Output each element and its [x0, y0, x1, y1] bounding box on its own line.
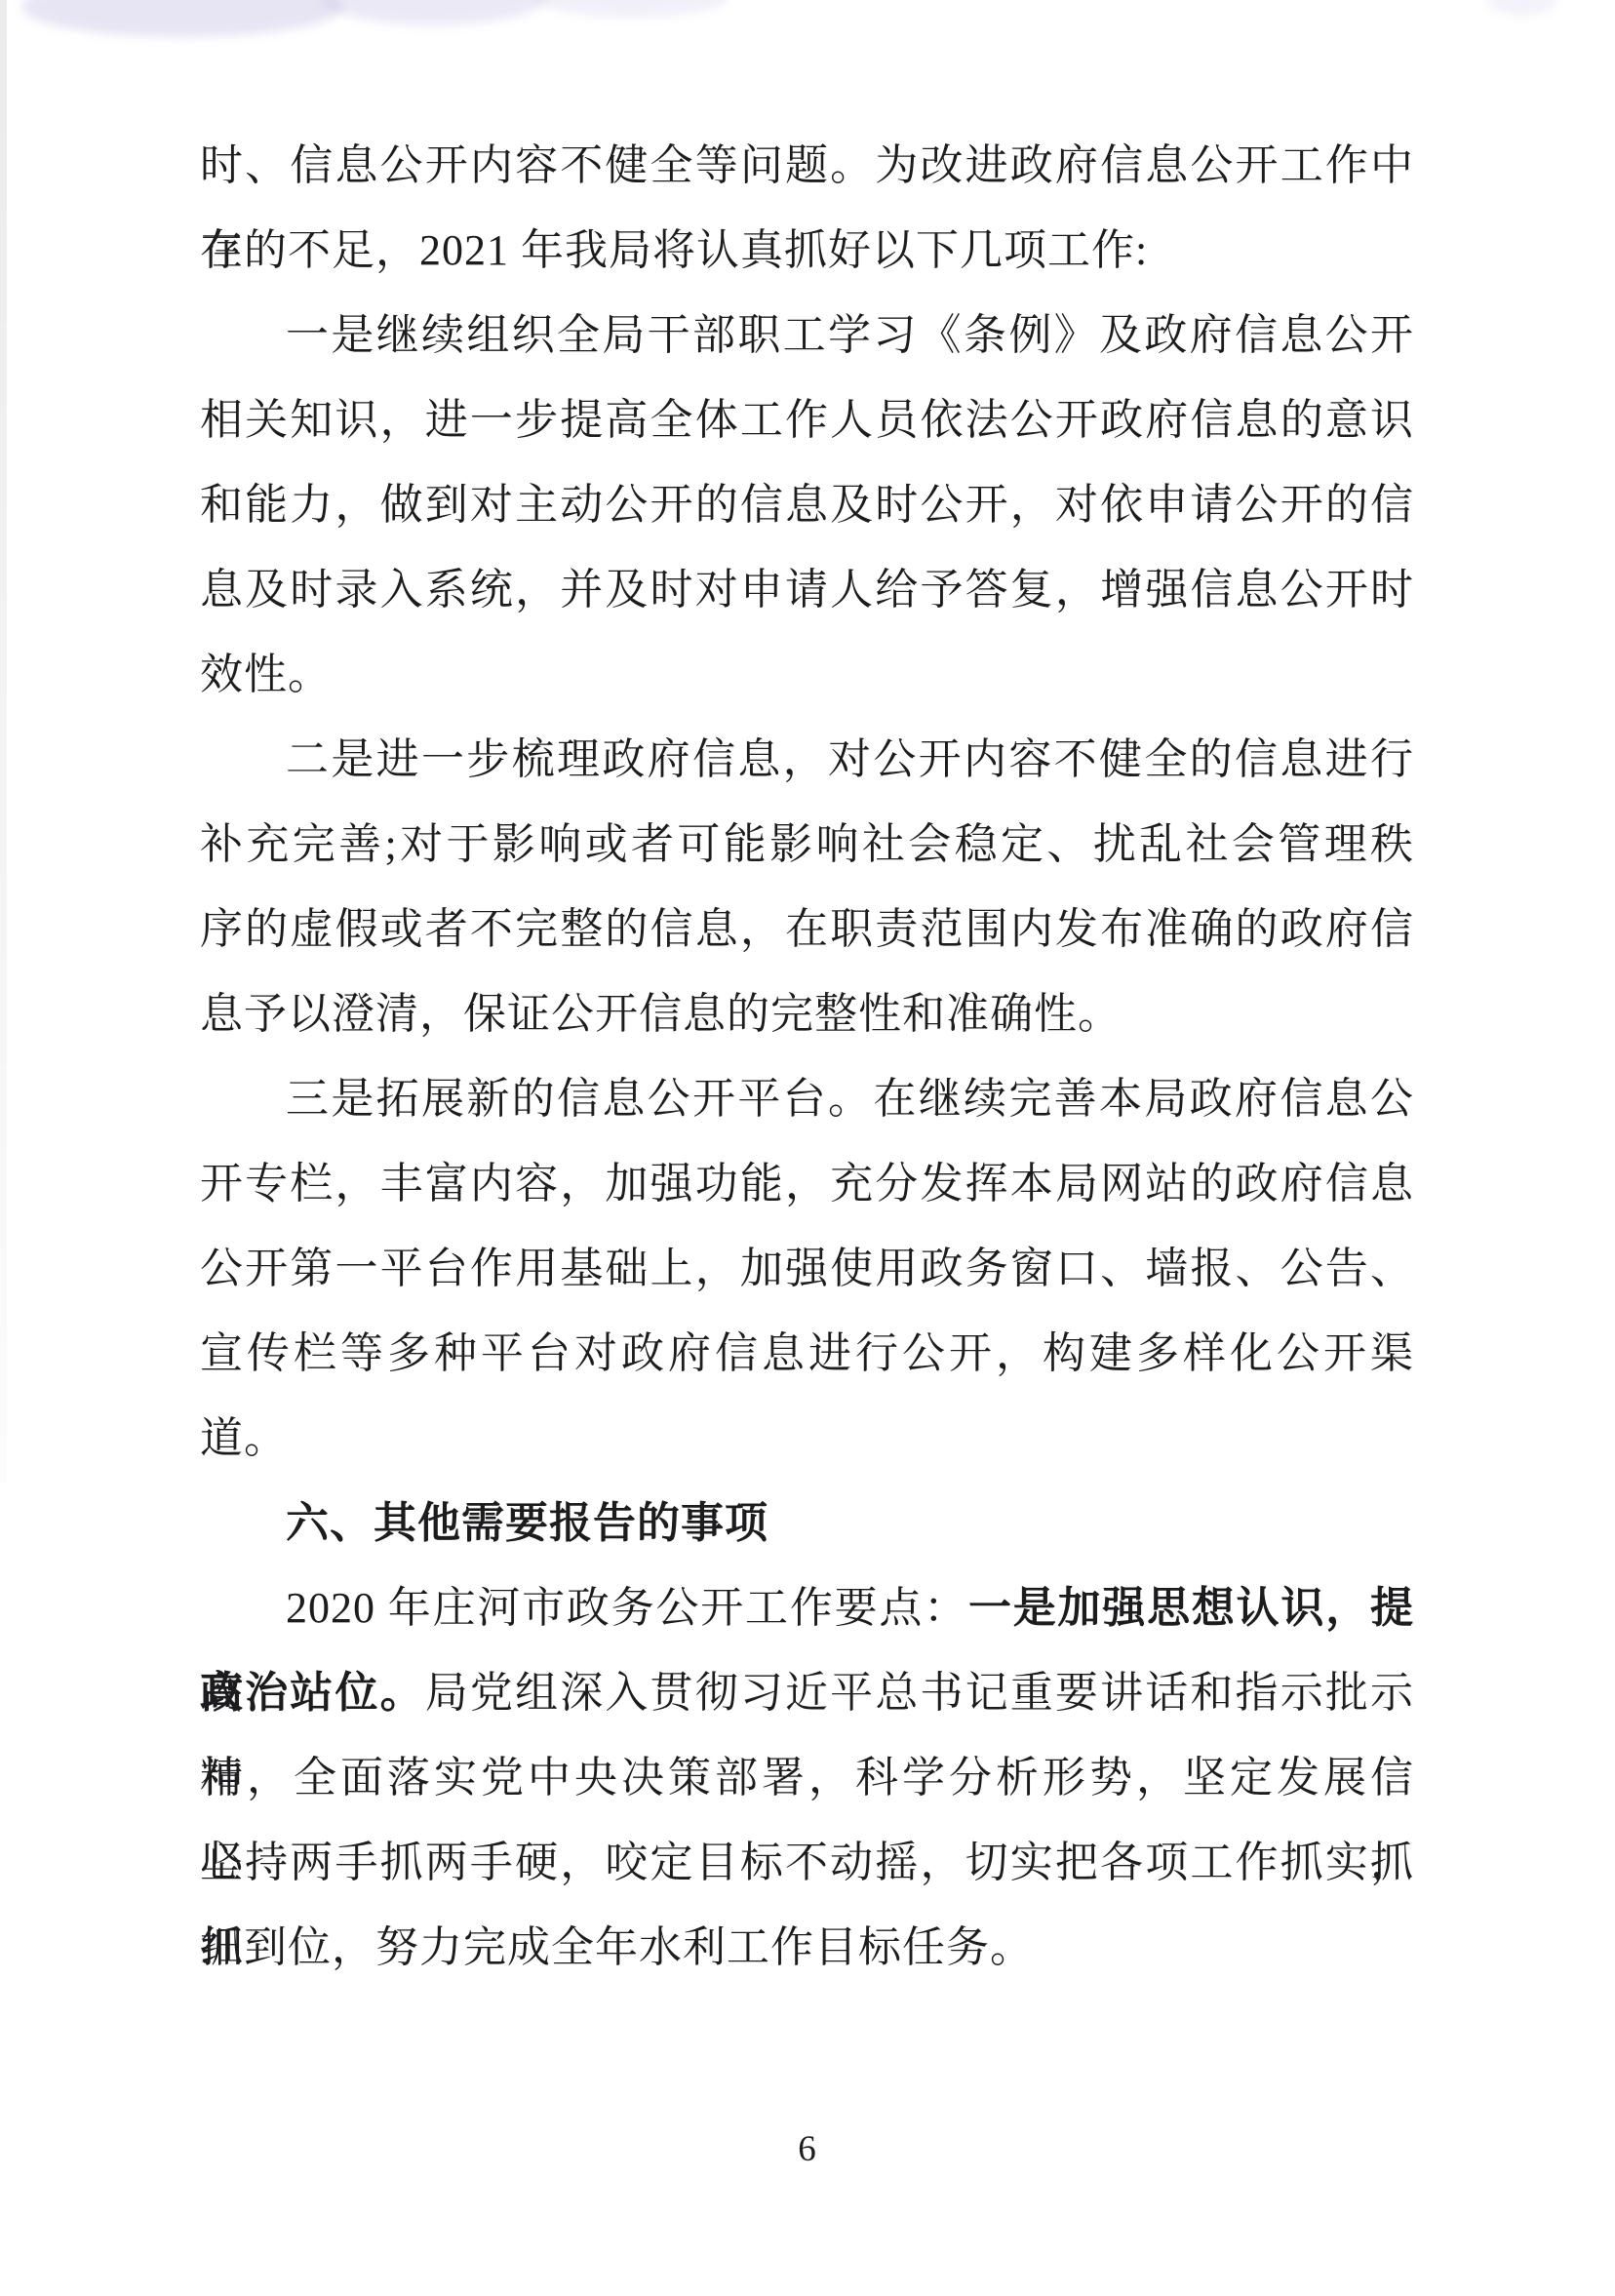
text-run: 序的虚假或者不完整的信息，在职责范围内发布准确的政府信	[200, 905, 1414, 953]
page-number: 6	[200, 2128, 1414, 2171]
text-run: 息及时录入系统，并及时对申请人给予答复，增强信息公开时	[200, 566, 1414, 614]
text-line: 补充完善;对于影响或者可能影响社会稳定、扰乱社会管理秩	[200, 802, 1414, 887]
text-run: 一是继续组织全局干部职工学习《条例》及政府信息公开	[286, 311, 1414, 359]
text-line: 息予以澄清，保证公开信息的完整性和准确性。	[200, 971, 1414, 1056]
text-line: 开专栏，丰富内容，加强功能，充分发挥本局网站的政府信息	[200, 1141, 1414, 1226]
text-line: 二是进一步梳理政府信息，对公开内容不健全的信息进行	[200, 717, 1414, 802]
bold-text-run: 政治站位。	[200, 1669, 425, 1717]
text-line: 和能力，做到对主动公开的信息及时公开，对依申请公开的信	[200, 462, 1414, 547]
text-line: 坚持两手抓两手硬，咬定目标不动摇，切实把各项工作抓实抓细	[200, 1820, 1414, 1905]
text-line: 2020 年庄河市政务公开工作要点：一是加强思想认识，提高	[200, 1565, 1414, 1650]
document-body: 时、信息公开内容不健全等问题。为改进政府信息公开工作中存在的不足，2021 年我…	[200, 123, 1414, 1990]
text-line: 三是拓展新的信息公开平台。在继续完善本局政府信息公	[200, 1056, 1414, 1141]
scan-smudge-artifact	[534, 0, 729, 18]
text-run: 宣传栏等多种平台对政府信息进行公开，构建多样化公开渠	[200, 1329, 1414, 1377]
text-line: 宣传栏等多种平台对政府信息进行公开，构建多样化公开渠	[200, 1311, 1414, 1396]
text-line: 一是继续组织全局干部职工学习《条例》及政府信息公开	[200, 293, 1414, 377]
scan-smudge-artifact	[1488, 0, 1556, 16]
text-line: 神，全面落实党中央决策部署，科学分析形势，坚定发展信心，	[200, 1735, 1414, 1820]
scan-edge-shadow	[0, 0, 7, 1483]
text-line: 时、信息公开内容不健全等问题。为改进政府信息公开工作中存	[200, 123, 1414, 208]
text-line: 息及时录入系统，并及时对申请人给予答复，增强信息公开时	[200, 547, 1414, 632]
text-run: 效性。	[200, 651, 332, 698]
text-run: 三是拓展新的信息公开平台。在继续完善本局政府信息公	[286, 1075, 1414, 1123]
text-run: 开专栏，丰富内容，加强功能，充分发挥本局网站的政府信息	[200, 1160, 1414, 1207]
text-run: 抓到位，努力完成全年水利工作目标任务。	[200, 1923, 1034, 1971]
text-line: 政治站位。局党组深入贯彻习近平总书记重要讲话和指示批示精	[200, 1650, 1414, 1735]
text-run: 道。	[200, 1414, 288, 1462]
text-line: 相关知识，进一步提高全体工作人员依法公开政府信息的意识	[200, 377, 1414, 462]
text-line: 抓到位，努力完成全年水利工作目标任务。	[200, 1905, 1414, 1990]
text-run: 公开第一平台作用基础上，加强使用政务窗口、墙报、公告、	[200, 1245, 1414, 1292]
text-line: 公开第一平台作用基础上，加强使用政务窗口、墙报、公告、	[200, 1226, 1414, 1311]
text-run: 相关知识，进一步提高全体工作人员依法公开政府信息的意识	[200, 396, 1414, 444]
text-line: 道。	[200, 1396, 1414, 1481]
scan-smudge-artifact	[322, 0, 546, 25]
document-page: 时、信息公开内容不健全等问题。为改进政府信息公开工作中存在的不足，2021 年我…	[0, 0, 1615, 2296]
text-run: 在的不足，2021 年我局将认真抓好以下几项工作:	[200, 226, 1148, 274]
text-line: 六、其他需要报告的事项	[200, 1481, 1414, 1565]
text-line: 在的不足，2021 年我局将认真抓好以下几项工作:	[200, 208, 1414, 293]
text-run: 补充完善;对于影响或者可能影响社会稳定、扰乱社会管理秩	[200, 820, 1414, 868]
text-line: 序的虚假或者不完整的信息，在职责范围内发布准确的政府信	[200, 887, 1414, 971]
text-line: 效性。	[200, 632, 1414, 717]
text-run: 2020 年庄河市政务公开工作要点：	[286, 1584, 968, 1632]
text-run: 和能力，做到对主动公开的信息及时公开，对依申请公开的信	[200, 481, 1414, 529]
text-run: 息予以澄清，保证公开信息的完整性和准确性。	[200, 990, 1122, 1038]
text-run: 二是进一步梳理政府信息，对公开内容不健全的信息进行	[286, 735, 1414, 783]
bold-text-run: 六、其他需要报告的事项	[286, 1499, 768, 1547]
scan-smudge-artifact	[21, 0, 343, 37]
